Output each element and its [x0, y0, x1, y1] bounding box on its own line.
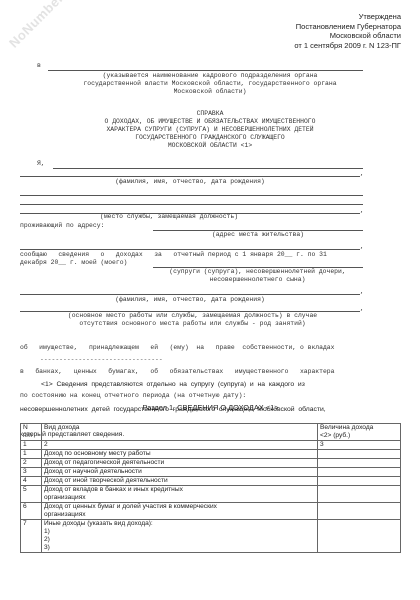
comma: , [360, 288, 364, 296]
approval-line: Московской области [294, 31, 401, 41]
header-num: Nп/п [21, 424, 42, 441]
row-amount-input[interactable] [318, 520, 401, 553]
comma: , [360, 243, 364, 251]
table-row: 2 Доход от педагогической деятельности [21, 459, 401, 468]
row-number: 7 [21, 520, 42, 553]
table-row: 1 Доход по основному месту работы [21, 450, 401, 459]
hint-line: (указывается наименование кадрового подр… [30, 72, 390, 80]
report-period-line2: декабря 20__ г. моей (моего) [20, 259, 127, 267]
table-row: 7 Иные доходы (указать вид дохода): 1) 2… [21, 520, 401, 553]
relative-hint: (супруги (супруга), несовершеннолетней д… [145, 268, 370, 284]
row-amount-input[interactable] [318, 468, 401, 477]
title-line: ХАРАКТЕРА СУПРУГИ (СУПРУГА) И НЕСОВЕРШЕН… [30, 126, 390, 134]
income-table: Nп/п Вид дохода Величина дохода<2> (руб.… [20, 423, 401, 553]
fio-hint: (фамилия, имя, отчество, дата рождения) [20, 178, 360, 186]
report-period-line1: сообщаю сведения о доходах за отчетный п… [20, 251, 327, 259]
address-field-2[interactable] [20, 249, 360, 250]
comma: , [360, 207, 364, 215]
applicant-name-field[interactable] [53, 168, 363, 169]
header-type: Вид дохода [42, 424, 318, 441]
row-number: 4 [21, 477, 42, 486]
row-amount-input[interactable] [318, 450, 401, 459]
approval-stamp: Утверждена Постановлением Губернатора Мо… [294, 12, 401, 50]
table-header-row: Nп/п Вид дохода Величина дохода<2> (руб.… [21, 424, 401, 441]
title-line: О ДОХОДАХ, ОБ ИМУЩЕСТВЕ И ОБЯЗАТЕЛЬСТВАХ… [30, 118, 390, 126]
workplace-field-2[interactable] [20, 204, 363, 205]
row-type: Доход по основному месту работы [42, 450, 318, 459]
main-work-hint: (основное место работы или службы, замещ… [20, 312, 365, 328]
row-amount-input[interactable] [318, 486, 401, 503]
fio-hint-2: (фамилия, имя, отчество, дата рождения) [20, 296, 360, 304]
watermark: NoNumber.ru [6, 0, 79, 51]
table-row: 5 Доход от вкладов в банках и иных креди… [21, 486, 401, 503]
i-prefix: Я, [37, 160, 45, 168]
column-number-row: 1 2 3 [21, 441, 401, 450]
row-type: Доход от ценных бумаг и долей участия в … [42, 503, 318, 520]
row-amount-input[interactable] [318, 503, 401, 520]
row-type: Иные доходы (указать вид дохода): 1) 2) … [42, 520, 318, 553]
row-number: 5 [21, 486, 42, 503]
row-number: 2 [21, 459, 42, 468]
col-num-cell: 1 [21, 441, 42, 450]
sub-item: 1) [44, 528, 315, 536]
table-row: 3 Доход от научной деятельности [21, 468, 401, 477]
header-amount: Величина дохода<2> (руб.) [318, 424, 401, 441]
section-title: Раздел 1. СВЕДЕНИЯ О ДОХОДАХ <1> [20, 403, 401, 412]
title-line: МОСКОВСКОЙ ОБЛАСТИ <1> [30, 142, 390, 150]
row-number: 6 [21, 503, 42, 520]
hint-line: отсутствия основного места работы или сл… [20, 320, 365, 328]
workplace-field-1[interactable] [20, 195, 363, 196]
footnote-separator: -------------------------------- [40, 356, 163, 364]
table-row: 6 Доход от ценных бумаг и долей участия … [21, 503, 401, 520]
row-type: Доход от педагогической деятельности [42, 459, 318, 468]
applicant-name-field-2[interactable] [20, 176, 360, 177]
sub-item: 3) [44, 544, 315, 552]
text-line: об имуществе, принадлежащем ей (ему) на … [20, 344, 334, 352]
addressee-hint: (указывается наименование кадрового подр… [30, 72, 390, 96]
address-label: проживающий по адресу: [20, 222, 104, 230]
address-hint: (адрес места жительства) [153, 231, 363, 239]
row-type: Доход от иной творческой деятельности [42, 477, 318, 486]
hint-line: несовершеннолетнего сына) [145, 276, 370, 284]
footnote-line: <1> Сведения представляются отдельно на … [20, 381, 405, 389]
col-num-cell: 3 [318, 441, 401, 450]
row-amount-input[interactable] [318, 477, 401, 486]
comma: , [360, 170, 364, 178]
row-type: Доход от вкладов в банках и иных кредитн… [42, 486, 318, 503]
title-line: СПРАВКА [30, 110, 390, 118]
table-row: 4 Доход от иной творческой деятельности [21, 477, 401, 486]
hint-line: (основное место работы или службы, замещ… [20, 312, 365, 320]
approval-line: от 1 сентября 2009 г. N 123-ПГ [294, 41, 401, 51]
row-amount-input[interactable] [318, 459, 401, 468]
sub-item: 2) [44, 536, 315, 544]
hint-line: Московской области) [30, 88, 390, 96]
row-number: 1 [21, 450, 42, 459]
document-title: СПРАВКА О ДОХОДАХ, ОБ ИМУЩЕСТВЕ И ОБЯЗАТ… [30, 110, 390, 150]
row-number: 3 [21, 468, 42, 477]
work-hint: (место службы, замещаемая должность) [100, 213, 238, 221]
addressee-field[interactable] [48, 70, 363, 71]
to-prefix: в [37, 62, 41, 70]
row-type: Доход от научной деятельности [42, 468, 318, 477]
hint-line: (супруги (супруга), несовершеннолетней д… [145, 268, 370, 276]
approval-line: Утверждена [294, 12, 401, 22]
col-num-cell: 2 [42, 441, 318, 450]
title-line: ГОСУДАРСТВЕННОГО ГРАЖДАНСКОГО СЛУЖАЩЕГО [30, 134, 390, 142]
hint-line: государственной власти Московской област… [30, 80, 390, 88]
approval-line: Постановлением Губернатора [294, 22, 401, 32]
relative-name-field[interactable] [20, 294, 360, 295]
